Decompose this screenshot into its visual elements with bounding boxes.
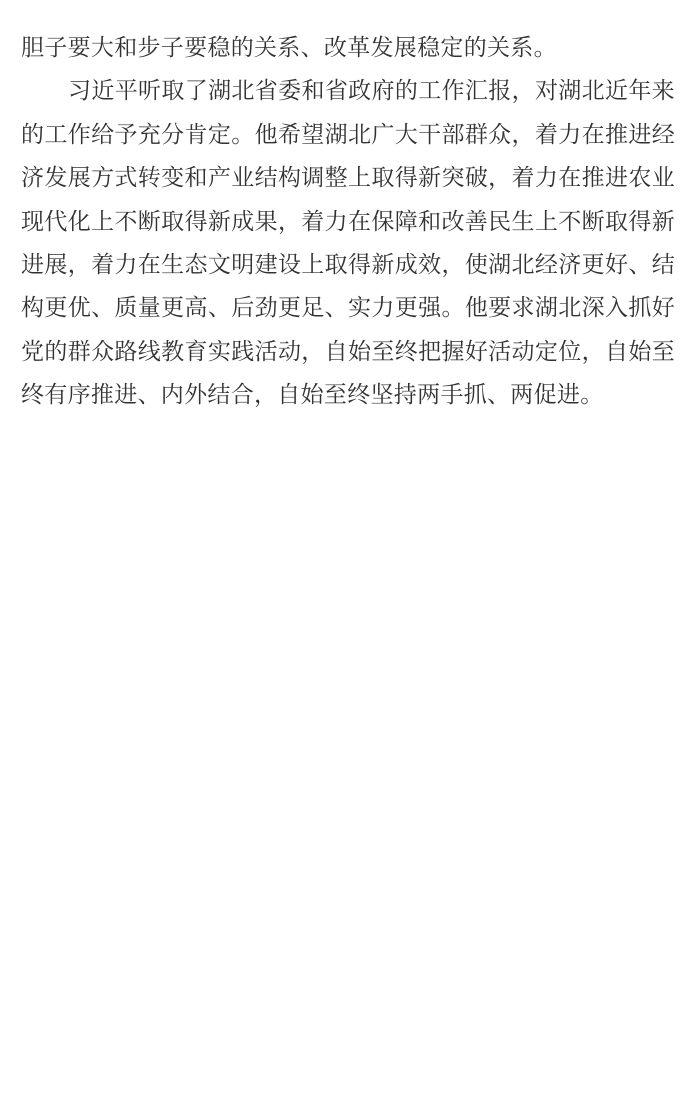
text-line: 现代化上不断取得新成果，着力在保障和改善民生上不断取得新 [21, 200, 675, 243]
text-line: 习近平听取了湖北省委和省政府的工作汇报，对湖北近年来 [21, 69, 675, 112]
text-line: 进展，着力在生态文明建设上取得新成效，使湖北经济更好、结 [21, 243, 675, 286]
text-line: 党的群众路线教育实践活动，自始至终把握好活动定位，自始至 [21, 330, 675, 373]
text-line: 终有序推进、内外结合，自始至终坚持两手抓、两促进。 [21, 373, 675, 416]
text-line: 胆子要大和步子要稳的关系、改革发展稳定的关系。 [21, 26, 675, 69]
document-page: 胆子要大和步子要稳的关系、改革发展稳定的关系。 习近平听取了湖北省委和省政府的工… [0, 0, 691, 1096]
text-line: 的工作给予充分肯定。他希望湖北广大干部群众，着力在推进经 [21, 113, 675, 156]
text-block: 胆子要大和步子要稳的关系、改革发展稳定的关系。 习近平听取了湖北省委和省政府的工… [21, 26, 675, 417]
text-line: 济发展方式转变和产业结构调整上取得新突破，着力在推进农业 [21, 156, 675, 199]
text-line: 构更优、质量更高、后劲更足、实力更强。他要求湖北深入抓好 [21, 286, 675, 329]
